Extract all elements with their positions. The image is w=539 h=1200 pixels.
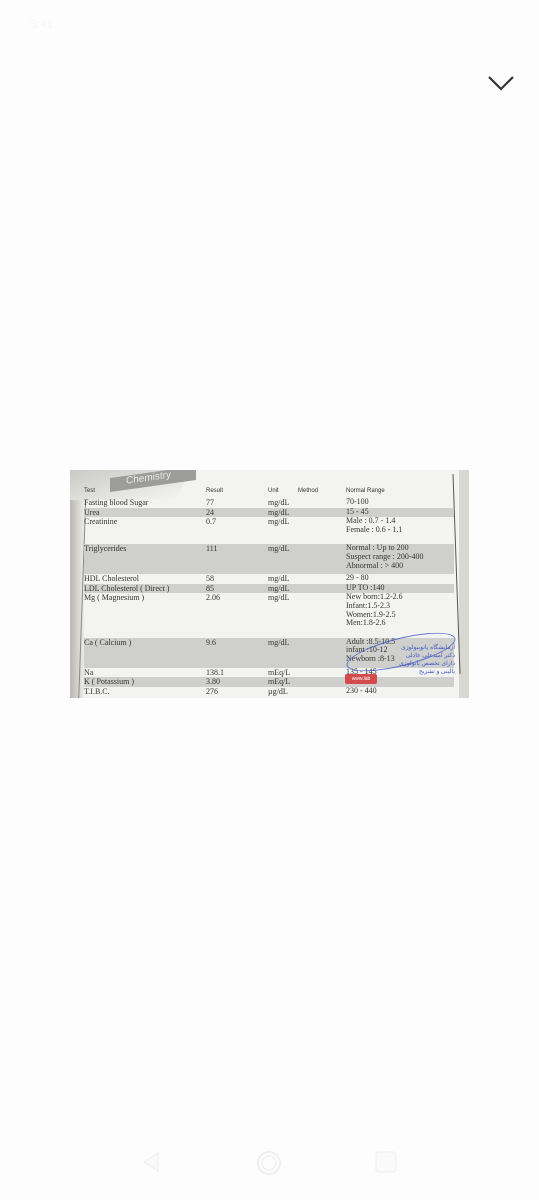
test-name: Mg ( Magnesium )	[84, 593, 144, 602]
table-row: Mg ( Magnesium )2.06mg/dLNew born:1.2-2.…	[84, 593, 454, 631]
test-name: Na	[84, 668, 93, 677]
test-name: Triglycerides	[84, 544, 126, 553]
table-header: Test Result Unit Method Normal Range	[84, 486, 454, 498]
test-name: K ( Potassium )	[84, 677, 134, 686]
table-row: T.I.B.C.276µg/dL230 - 440	[84, 687, 454, 697]
test-result: 24	[206, 508, 214, 517]
test-name: HDL Cholesterol	[84, 574, 139, 583]
normal-range: New born:1.2-2.6Infant:1.5-2.3Women:1.9-…	[346, 593, 403, 627]
table-row: K ( Potassium )3.80mEq/L3.6-4.8	[84, 677, 454, 687]
normal-range: 15 - 45	[346, 508, 369, 517]
normal-range: UP TO :140	[346, 584, 385, 593]
test-name: Creatinine	[84, 517, 117, 526]
test-result: 111	[206, 544, 217, 553]
test-result: 77	[206, 498, 214, 507]
test-result: 2.06	[206, 593, 220, 602]
back-icon	[140, 1150, 164, 1174]
test-unit: mg/dL	[268, 498, 289, 507]
photo-edge	[459, 470, 469, 698]
test-unit: mg/dL	[268, 638, 289, 647]
header-unit: Unit	[268, 488, 279, 494]
collapse-button[interactable]	[484, 72, 518, 96]
recents-icon	[374, 1150, 398, 1174]
test-result: 276	[206, 687, 218, 696]
header-result: Result	[206, 488, 223, 494]
table-row: Urea24mg/dL15 - 45	[84, 508, 454, 518]
test-result: 85	[206, 584, 214, 593]
header-test: Test	[84, 488, 95, 494]
navigation-bar	[0, 1120, 539, 1200]
test-result: 9.6	[206, 638, 216, 647]
test-name: LDL Cholesterol ( Direct )	[84, 584, 169, 593]
test-unit: mg/dL	[268, 584, 289, 593]
range-line: 29 - 80	[346, 574, 369, 583]
test-unit: mg/dL	[268, 593, 289, 602]
normal-range: 3.6-4.8	[346, 677, 369, 686]
home-button[interactable]	[256, 1150, 280, 1174]
test-unit: mEq/L	[268, 677, 290, 686]
header-method: Method	[298, 488, 318, 494]
test-unit: µg/dL	[268, 687, 288, 696]
status-bar: 3:41	[0, 0, 539, 40]
normal-range: Adult :8.5-10.5infant :10-12Newborn :8-1…	[346, 638, 395, 664]
range-line: 230 - 440	[346, 687, 377, 696]
normal-range: 70-100	[346, 498, 369, 507]
table-row: Na138.1mEq/L135 - 145	[84, 668, 454, 678]
normal-range: 135 - 145	[346, 668, 377, 677]
status-time: 3:41	[30, 17, 53, 31]
normal-range: Male : 0.7 - 1.4Female : 0.6 - 1.1	[346, 517, 402, 534]
lab-report-photo[interactable]: Chemistry Test Result Unit Method Normal…	[70, 470, 469, 698]
table-row: Triglycerides111mg/dLNormal : Up to 200S…	[84, 544, 454, 574]
table-row: Ca ( Calcium )9.6mg/dLAdult :8.5-10.5inf…	[84, 638, 454, 668]
range-line: Newborn :8-13	[346, 655, 395, 664]
range-line: Abnormal : > 400	[346, 562, 424, 571]
test-result: 0.7	[206, 517, 216, 526]
test-result: 58	[206, 574, 214, 583]
test-result: 3.80	[206, 677, 220, 686]
table-row: Creatinine0.7mg/dLMale : 0.7 - 1.4Female…	[84, 517, 454, 538]
table-row: Fasting blood Sugar77mg/dL70-100	[84, 498, 454, 508]
range-line: Men:1.8-2.6	[346, 619, 403, 628]
test-unit: mg/dL	[268, 508, 289, 517]
test-unit: mg/dL	[268, 574, 289, 583]
test-unit: mEq/L	[268, 668, 290, 677]
recents-button[interactable]	[374, 1150, 398, 1174]
range-line: 15 - 45	[346, 508, 369, 517]
range-line: Female : 0.6 - 1.1	[346, 526, 402, 535]
test-result: 138.1	[206, 668, 224, 677]
range-line: UP TO :140	[346, 584, 385, 593]
test-name: Urea	[84, 508, 100, 517]
table-row: HDL Cholesterol58mg/dL29 - 80	[84, 574, 454, 584]
chevron-down-icon	[484, 72, 518, 96]
range-line: 135 - 145	[346, 668, 377, 677]
table-body: Fasting blood Sugar77mg/dL70-100Urea24mg…	[84, 498, 454, 696]
home-icon	[256, 1150, 282, 1176]
range-line: 70-100	[346, 498, 369, 507]
back-button[interactable]	[140, 1150, 164, 1174]
normal-range: 230 - 440	[346, 687, 377, 696]
normal-range: Normal : Up to 200Suspect range : 200-40…	[346, 544, 424, 570]
test-name: Fasting blood Sugar	[84, 498, 148, 507]
normal-range: 29 - 80	[346, 574, 369, 583]
header-normal-range: Normal Range	[346, 488, 385, 494]
test-unit: mg/dL	[268, 544, 289, 553]
test-name: Ca ( Calcium )	[84, 638, 131, 647]
test-unit: mg/dL	[268, 517, 289, 526]
lab-results-table: Test Result Unit Method Normal Range Fas…	[84, 486, 454, 696]
test-name: T.I.B.C.	[84, 687, 110, 696]
range-line: 3.6-4.8	[346, 677, 369, 686]
